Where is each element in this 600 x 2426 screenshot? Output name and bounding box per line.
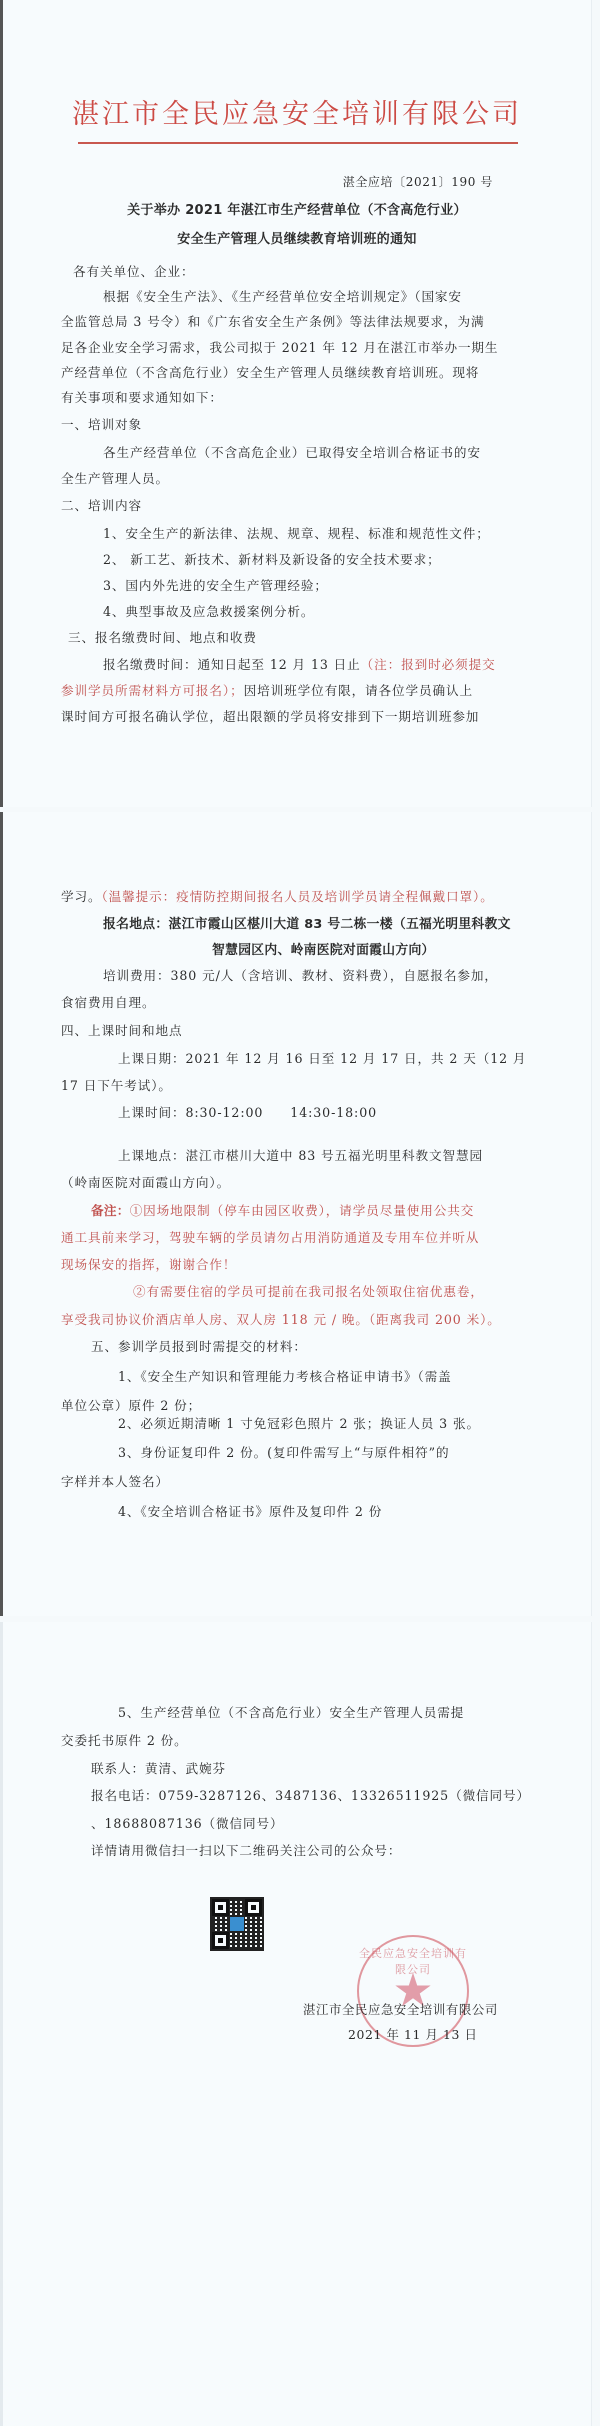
registration-time-line: 参训学员所需材料方可报名）；因培训班学位有限，请各位学员确认上 <box>61 680 473 699</box>
intro-line: 有关事项和要求通知如下： <box>61 387 223 406</box>
intro-line: 全监管总局 3 号令）和《广东省安全生产条例》等法律法规要求，为满 <box>61 311 485 330</box>
registration-time-text: 学习。 <box>61 889 101 904</box>
training-fee: 食宿费用自理。 <box>61 992 155 1011</box>
letterhead-rule <box>78 142 518 144</box>
registration-time-line: 学习。（温馨提示：疫情防控期间报名人员及培训学员请全程佩戴口罩）。 <box>61 886 494 905</box>
registration-place: 报名地点：湛江市霞山区椹川大道 83 号二栋一楼（五福光明里科教文 <box>103 913 511 932</box>
intro-line: 足各企业安全学习需求，我公司拟于 2021 年 12 月在湛江市举办一期生 <box>61 337 498 356</box>
section-2-heading: 二、培训内容 <box>61 495 142 514</box>
qr-prompt: 详情请用微信扫一扫以下二维码关注公司的公众号： <box>91 1840 401 1859</box>
section-1-text: 全生产管理人员。 <box>61 468 169 487</box>
section-2-item: 1、安全生产的新法律、法规、规章、规程、标准和规范性文件； <box>103 523 490 542</box>
section-1-text: 各生产经营单位（不含高危企业）已取得安全培训合格证书的安 <box>103 442 481 461</box>
registration-time-text: 报名缴费时间：通知日起至 12 月 13 日止 <box>103 657 361 672</box>
class-time: 上课时间：8:30-12:00 14:30-18:00 <box>118 1102 377 1121</box>
registration-place: 智慧园区内、岭南医院对面霞山方向） <box>212 939 435 958</box>
material-item: 1、《安全生产知识和管理能力考核合格证申请书》（需盖 <box>118 1366 452 1385</box>
section-2-item: 2、 新工艺、新技术、新材料及新设备的安全技术要求； <box>103 549 441 568</box>
note-1-line: 备注：①因场地限制（停车由园区收费），请学员尽量使用公共交 <box>91 1200 474 1219</box>
section-4-heading: 四、上课时间和地点 <box>61 1020 182 1039</box>
section-2-item: 4、典型事故及应急救援案例分析。 <box>103 601 314 620</box>
qr-logo-icon <box>230 1917 244 1931</box>
page-2: 学习。（温馨提示：疫情防控期间报名人员及培训学员请全程佩戴口罩）。 报名地点：湛… <box>0 812 592 1616</box>
section-1-heading: 一、培训对象 <box>61 414 142 433</box>
intro-line: 产经营单位（不含高危行业）安全生产管理人员继续教育培训班。现将 <box>61 362 479 381</box>
material-item: 单位公章）原件 2 份； <box>61 1395 201 1414</box>
qr-finder-icon <box>212 1932 229 1949</box>
class-place: 上课地点：湛江市椹川大道中 83 号五福光明里科教文智慧园 <box>118 1145 483 1164</box>
note-2-line: ②有需要住宿的学员可提前在我司报名处领取住宿优惠卷， <box>133 1281 484 1300</box>
class-date: 上课日期：2021 年 12 月 16 日至 12 月 17 日，共 2 天（1… <box>118 1048 526 1067</box>
section-5-heading: 五、参训学员报到时需提交的材料： <box>91 1336 307 1355</box>
registration-note: （注：报到时必须提交 <box>361 657 496 672</box>
salutation: 各有关单位、企业： <box>73 261 194 280</box>
signature-date: 2021 年 11 月 13 日 <box>348 2025 478 2043</box>
class-place: （岭南医院对面霞山方向）。 <box>61 1172 230 1191</box>
contact-people: 联系人：黄清、武婉芬 <box>91 1758 226 1777</box>
contact-phone: 报名电话：0759-3287126、3487136、13326511925（微信… <box>91 1785 530 1804</box>
title-line-1: 关于举办 2021 年湛江市生产经营单位（不含高危行业） <box>3 199 591 218</box>
note-2-line: 享受我司协议价酒店单人房、双人房 118 元 / 晚。（距离我司 200 米）。 <box>61 1309 501 1328</box>
section-2-item: 3、国内外先进的安全生产管理经验； <box>103 575 328 594</box>
covid-reminder: （温馨提示：疫情防控期间报名人员及培训学员请全程佩戴口罩）。 <box>101 889 493 904</box>
registration-time-line: 报名缴费时间：通知日起至 12 月 13 日止（注：报到时必须提交 <box>103 654 496 673</box>
material-item: 5、生产经营单位（不含高危行业）安全生产管理人员需提 <box>118 1702 464 1721</box>
page-1: 湛江市全民应急安全培训有限公司 湛全应培〔2021〕190 号 关于举办 202… <box>0 0 592 807</box>
registration-time-text: 因培训班学位有限，请各位学员确认上 <box>244 683 473 698</box>
document-number: 湛全应培〔2021〕190 号 <box>343 173 493 190</box>
note-1-text: ①因场地限制（停车由园区收费），请学员尽量使用公共交 <box>130 1203 475 1218</box>
contact-phone: 、18688087136（微信同号） <box>91 1813 284 1832</box>
qr-finder-icon <box>212 1899 229 1916</box>
material-item: 4、《安全培训合格证书》原件及复印件 2 份 <box>118 1501 382 1520</box>
title-line-2: 安全生产管理人员继续教育培训班的通知 <box>3 228 591 247</box>
signature-company: 湛江市全民应急安全培训有限公司 <box>303 2000 498 2018</box>
material-item: 交委托书原件 2 份。 <box>61 1730 188 1749</box>
wechat-qr-code <box>210 1897 264 1951</box>
letterhead-company: 湛江市全民应急安全培训有限公司 <box>3 92 591 131</box>
note-1-line: 通工具前来学习，驾驶车辆的学员请勿占用消防通道及专用车位并听从 <box>61 1227 479 1246</box>
training-fee: 培训费用：380 元/人（含培训、教材、资料费），自愿报名参加， <box>103 965 498 984</box>
class-date: 17 日下午考试）。 <box>61 1075 172 1094</box>
material-item: 字样并本人签名） <box>61 1471 169 1490</box>
note-1-line: 现场保安的指挥，谢谢合作！ <box>61 1254 236 1273</box>
qr-finder-icon <box>245 1899 262 1916</box>
material-item: 2、必须近期清晰 1 寸免冠彩色照片 2 张；换证人员 3 张。 <box>118 1413 480 1432</box>
registration-time-line: 课时间方可报名确认学位，超出限额的学员将安排到下一期培训班参加 <box>61 706 479 725</box>
intro-line: 根据《安全生产法》、《生产经营单位安全培训规定》（国家安 <box>103 286 462 305</box>
note-label: 备注： <box>91 1203 130 1218</box>
page-3: 5、生产经营单位（不含高危行业）安全生产管理人员需提 交委托书原件 2 份。 联… <box>0 1622 592 2426</box>
section-3-heading: 三、报名缴费时间、地点和收费 <box>68 627 257 646</box>
material-item: 3、身份证复印件 2 份。(复印件需写上“与原件相符”的 <box>118 1442 450 1461</box>
registration-note: 参训学员所需材料方可报名）； <box>61 683 244 698</box>
